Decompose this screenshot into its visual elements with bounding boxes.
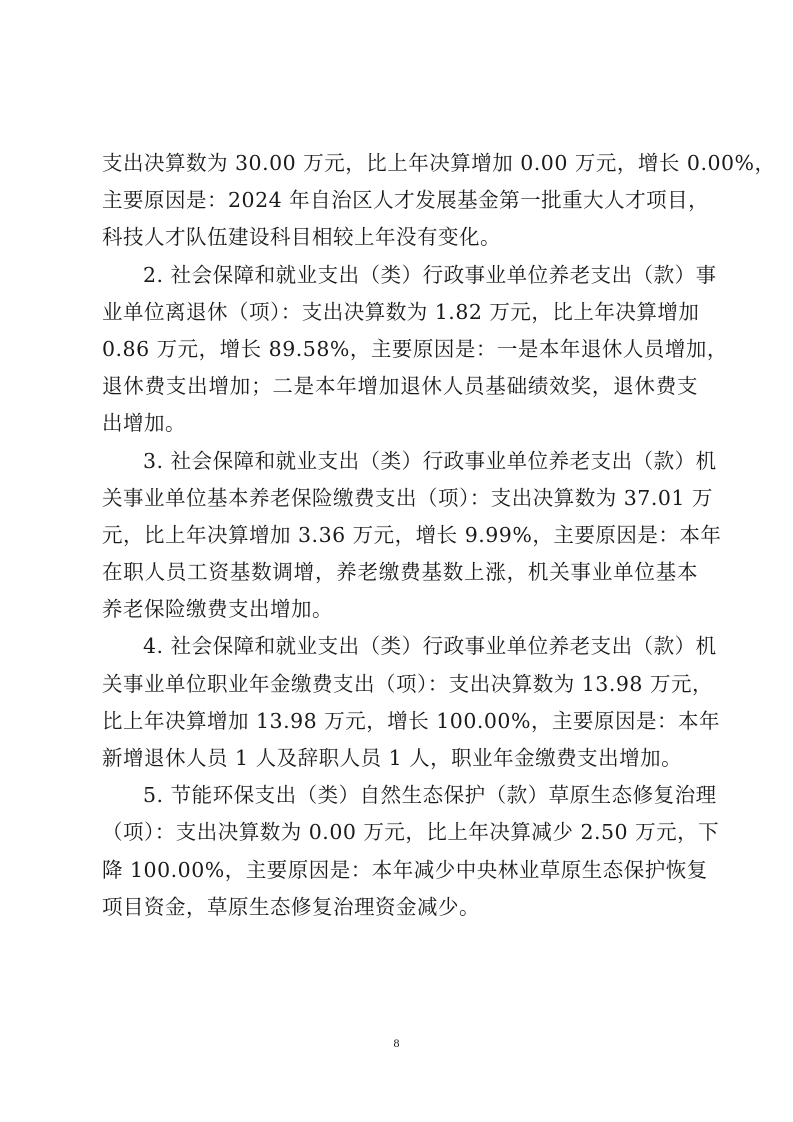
text-line: 0.86 万元，增长 89.58%，主要原因是：一是本年退休人员增加， <box>102 331 698 368</box>
text-line: 5. 节能环保支出（类）自然生态保护（款）草原生态修复治理 <box>102 777 698 814</box>
document-page: 支出决算数为 30.00 万元，比上年决算增加 0.00 万元，增长 0.00%… <box>0 0 793 1122</box>
paragraph-1-continued: 支出决算数为 30.00 万元，比上年决算增加 0.00 万元，增长 0.00%… <box>102 145 698 257</box>
text-line: 2. 社会保障和就业支出（类）行政事业单位养老支出（款）事 <box>102 257 698 294</box>
text-line: 养老保险缴费支出增加。 <box>102 591 698 628</box>
text-line: 主要原因是：2024 年自治区人才发展基金第一批重大人才项目， <box>102 182 698 219</box>
text-line: 项目资金，草原生态修复治理资金减少。 <box>102 889 698 926</box>
page-number: 8 <box>0 1036 793 1051</box>
text-line: 业单位离退休（项）：支出决算数为 1.82 万元，比上年决算增加 <box>102 294 698 331</box>
text-line: 出增加。 <box>102 405 698 442</box>
text-line: 退休费支出增加；二是本年增加退休人员基础绩效奖，退休费支 <box>102 368 698 405</box>
text-line: 元，比上年决算增加 3.36 万元，增长 9.99%，主要原因是：本年 <box>102 517 698 554</box>
text-line: 4. 社会保障和就业支出（类）行政事业单位养老支出（款）机 <box>102 628 698 665</box>
paragraph-2: 2. 社会保障和就业支出（类）行政事业单位养老支出（款）事 业单位离退休（项）：… <box>102 257 698 443</box>
paragraph-5: 5. 节能环保支出（类）自然生态保护（款）草原生态修复治理 （项）：支出决算数为… <box>102 777 698 926</box>
text-line: 降 100.00%，主要原因是：本年减少中央林业草原生态保护恢复 <box>102 852 698 889</box>
text-line: 3. 社会保障和就业支出（类）行政事业单位养老支出（款）机 <box>102 443 698 480</box>
text-line: 支出决算数为 30.00 万元，比上年决算增加 0.00 万元，增长 0.00%… <box>102 145 698 182</box>
body-text: 支出决算数为 30.00 万元，比上年决算增加 0.00 万元，增长 0.00%… <box>102 145 698 926</box>
paragraph-4: 4. 社会保障和就业支出（类）行政事业单位养老支出（款）机 关事业单位职业年金缴… <box>102 628 698 777</box>
text-line: 关事业单位职业年金缴费支出（项）：支出决算数为 13.98 万元， <box>102 666 698 703</box>
text-line: （项）：支出决算数为 0.00 万元，比上年决算减少 2.50 万元，下 <box>102 814 698 851</box>
text-line: 科技人才队伍建设科目相较上年没有变化。 <box>102 219 698 256</box>
paragraph-3: 3. 社会保障和就业支出（类）行政事业单位养老支出（款）机 关事业单位基本养老保… <box>102 443 698 629</box>
text-line: 在职人员工资基数调增，养老缴费基数上涨，机关事业单位基本 <box>102 554 698 591</box>
text-line: 关事业单位基本养老保险缴费支出（项）：支出决算数为 37.01 万 <box>102 480 698 517</box>
text-line: 比上年决算增加 13.98 万元，增长 100.00%，主要原因是：本年 <box>102 703 698 740</box>
text-line: 新增退休人员 1 人及辞职人员 1 人，职业年金缴费支出增加。 <box>102 740 698 777</box>
